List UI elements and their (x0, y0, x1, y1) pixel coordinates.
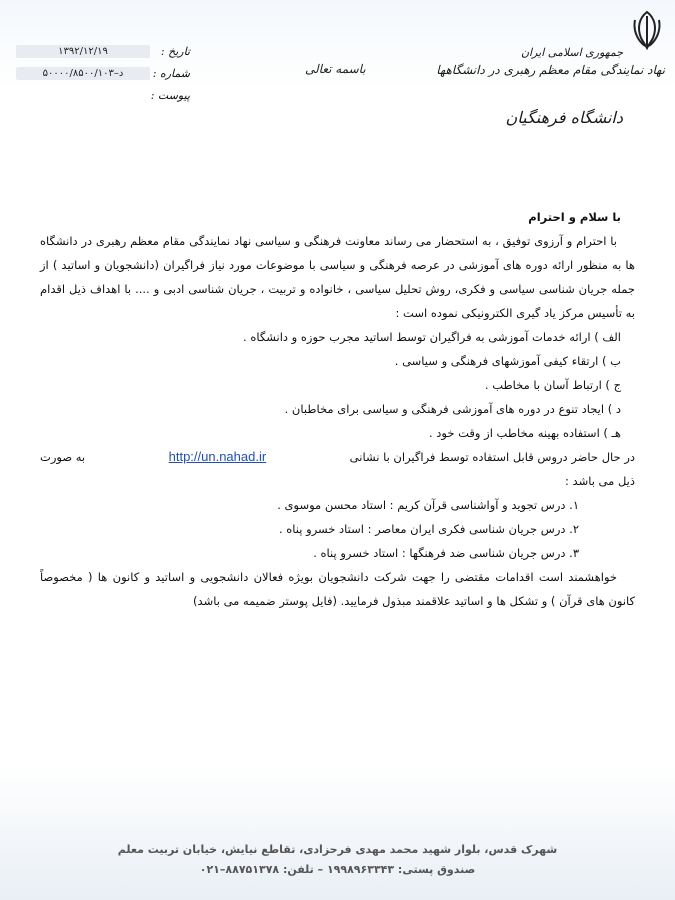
number-label: شماره : (150, 67, 190, 80)
iran-emblem-icon (629, 8, 665, 52)
courses-intro-continuation: ذیل می باشد : (40, 469, 635, 493)
closing-paragraph: خواهشمند است اقدامات مقتضی را جهت شرکت د… (40, 565, 635, 613)
greeting: با سلام و احترام (40, 205, 621, 229)
footer-contact: صندوق پستی: ۱۹۹۸۹۶۳۳۴۳ – تلفن: ۸۸۷۵۱۳۷۸–… (0, 860, 675, 880)
date-value: ۱۳۹۲/۱۲/۱۹ (16, 45, 150, 58)
footer-address: شهرک قدس، بلوار شهید محمد مهدی فرحزادی، … (0, 840, 675, 860)
goal-item: ب ) ارتقاء کیفی آموزشهای فرهنگی و سیاسی … (40, 349, 621, 373)
courses-intro-text: در حال حاضر دروس قابل استفاده توسط فراگی… (350, 445, 635, 469)
letter-body: با سلام و احترام با احترام و آرزوی توفیق… (40, 205, 635, 613)
courses-intro-suffix: به صورت (40, 445, 85, 469)
letter-page: جمهوری اسلامی ایران نهاد نمایندگی مقام م… (0, 0, 675, 900)
letterhead-country: جمهوری اسلامی ایران (521, 46, 623, 59)
date-row: تاریخ : ۱۳۹۲/۱۲/۱۹ (10, 40, 190, 62)
goal-item: هـ ) استفاده بهینه مخاطب از وقت خود . (40, 421, 621, 445)
attachment-value (16, 94, 150, 96)
date-label: تاریخ : (150, 45, 190, 58)
goal-item: د ) ایجاد تنوع در دوره های آموزشی فرهنگی… (40, 397, 621, 421)
attachment-row: پیوست : (10, 84, 190, 106)
website-link[interactable]: http://un.nahad.ir (169, 445, 267, 469)
letterhead-organization: نهاد نمایندگی مقام معظم رهبری در دانشگاه… (436, 63, 665, 77)
course-item: ۳. درس جریان شناسی ضد فرهنگها : استاد خس… (40, 541, 579, 565)
letterhead-university: دانشگاه فرهنگیان (505, 108, 623, 127)
footer: شهرک قدس، بلوار شهید محمد مهدی فرحزادی، … (0, 840, 675, 900)
intro-paragraph: با احترام و آرزوی توفیق ، به استحضار می … (40, 229, 635, 325)
attachment-label: پیوست : (150, 89, 190, 102)
goal-item: ج ) ارتباط آسان با مخاطب . (40, 373, 621, 397)
goal-item: الف ) ارائه خدمات آموزشی به فراگیران توس… (40, 325, 621, 349)
courses-intro: در حال حاضر دروس قابل استفاده توسط فراگی… (40, 445, 635, 469)
course-item: ۲. درس جریان شناسی فکری ایران معاصر : اس… (40, 517, 579, 541)
basmala: باسمه تعالی (305, 62, 366, 76)
letterhead: جمهوری اسلامی ایران نهاد نمایندگی مقام م… (475, 8, 665, 138)
course-item: ۱. درس تجوید و آواشناسی قرآن کریم : استا… (40, 493, 579, 517)
letter-meta: تاریخ : ۱۳۹۲/۱۲/۱۹ شماره : ۵۰۰۰۰/۸۵۰۰/۱۰… (10, 40, 190, 106)
number-value: ۵۰۰۰۰/۸۵۰۰/۱۰۳–د (16, 67, 150, 80)
number-row: شماره : ۵۰۰۰۰/۸۵۰۰/۱۰۳–د (10, 62, 190, 84)
